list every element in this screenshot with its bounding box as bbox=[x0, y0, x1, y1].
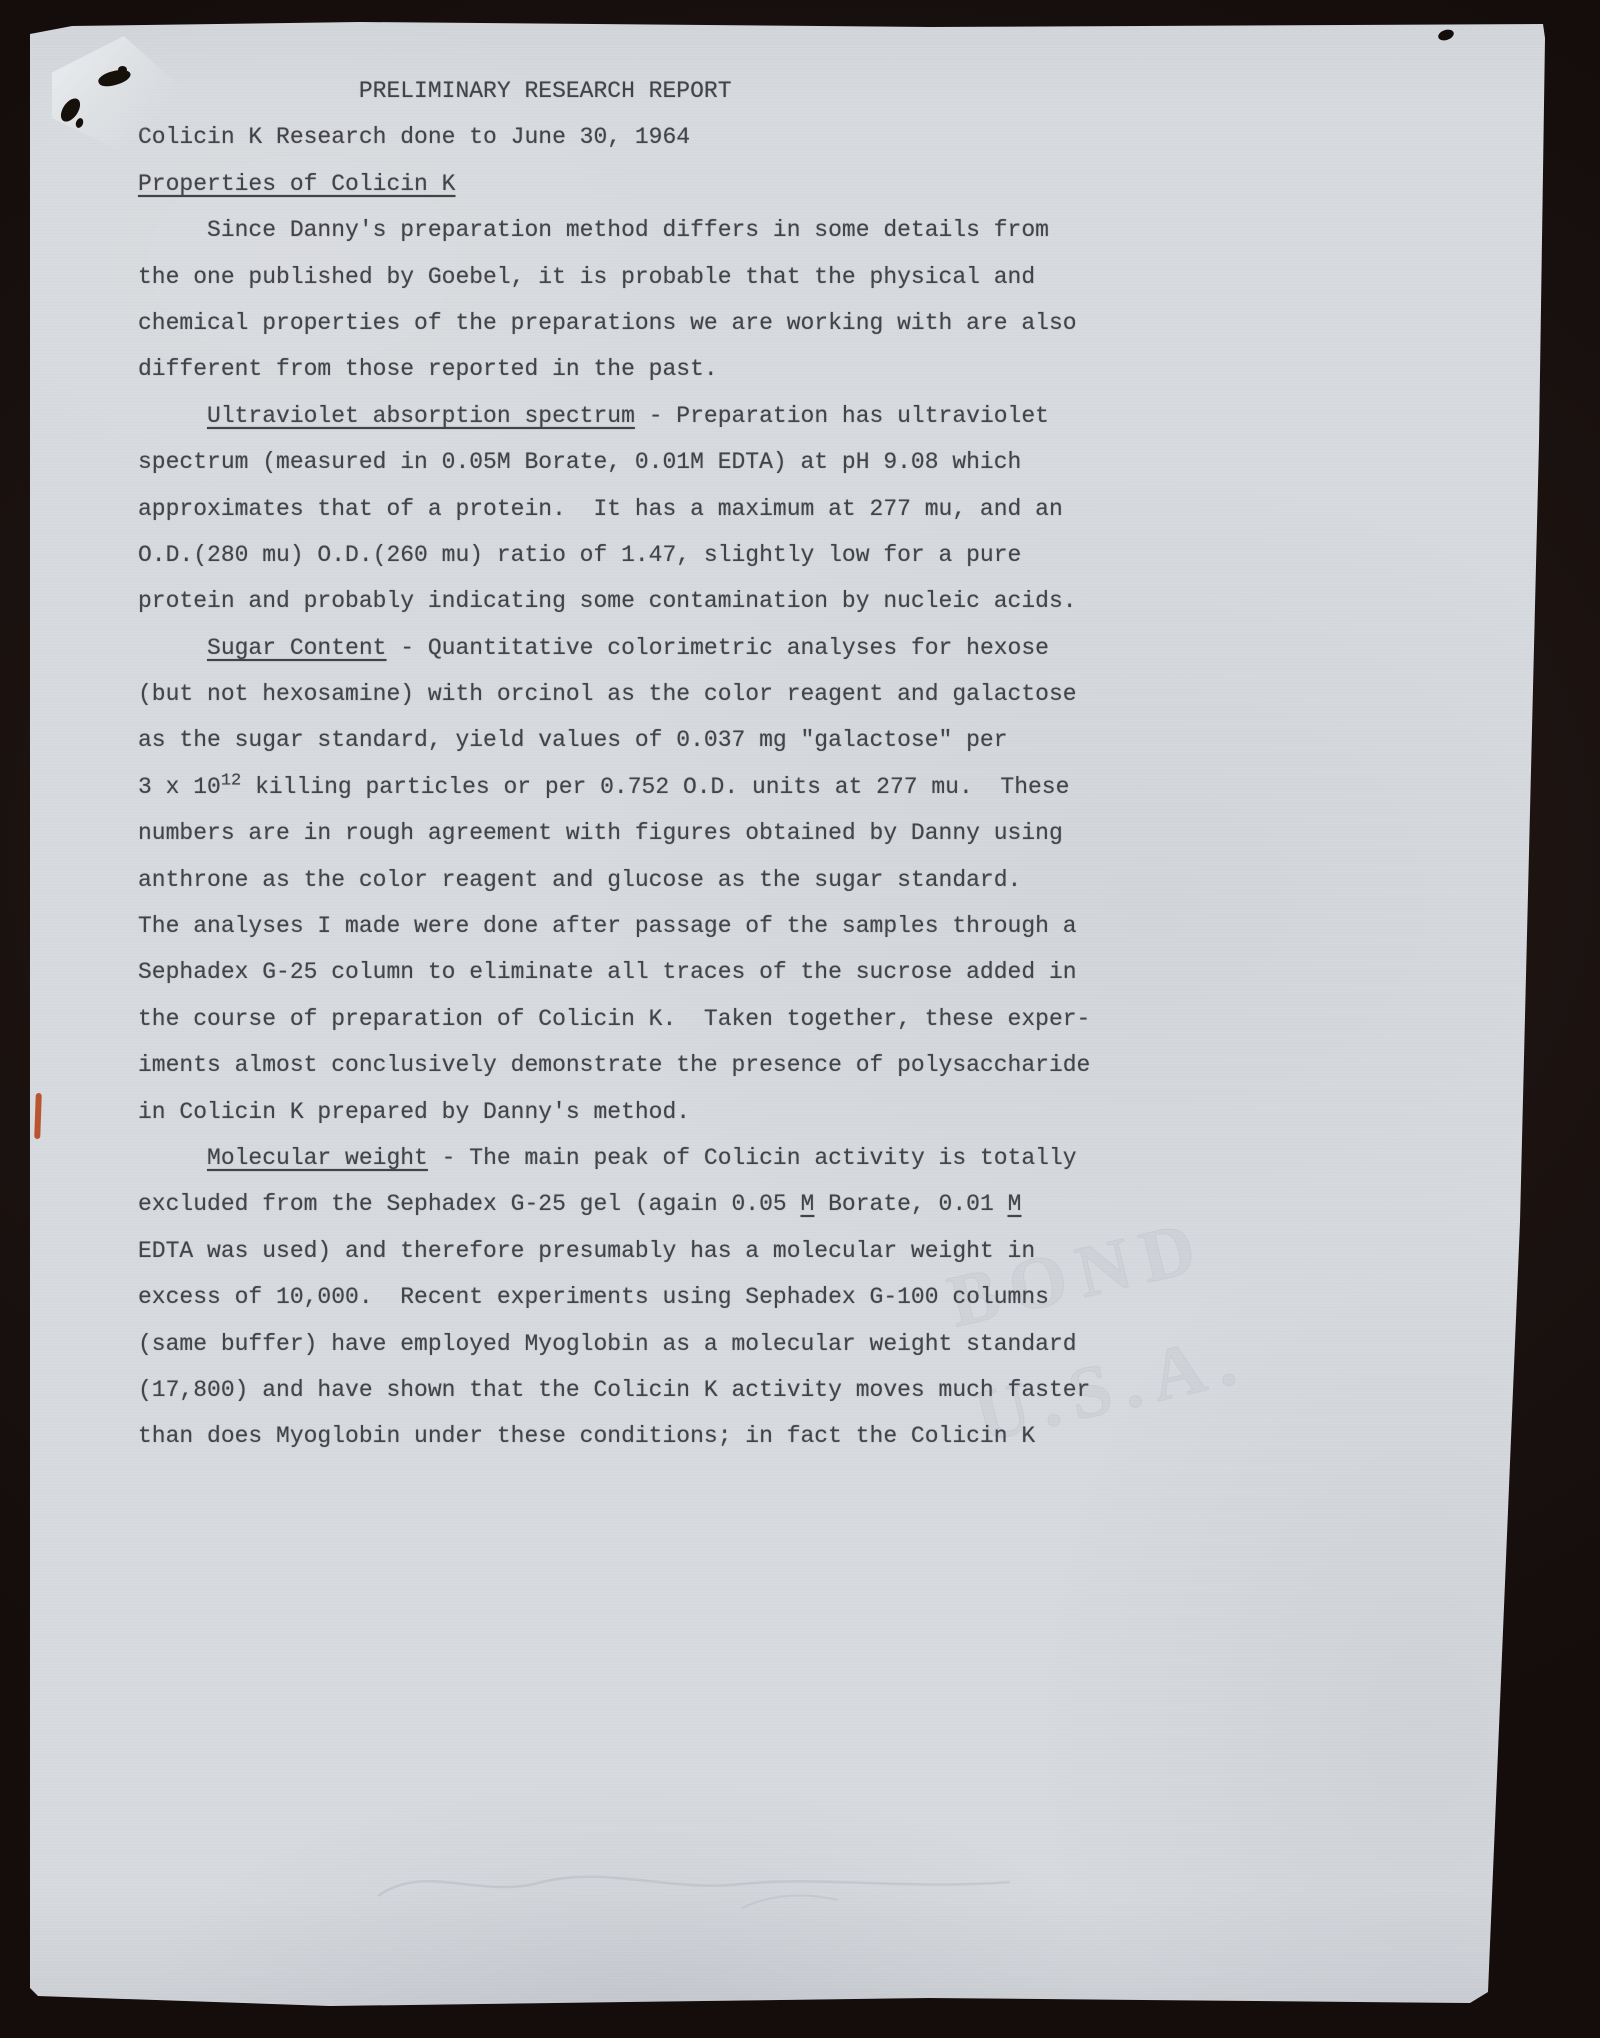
text-run: excluded from the Sephadex G-25 gel (aga… bbox=[138, 1191, 801, 1217]
text-line: anthrone as the color reagent and glucos… bbox=[138, 857, 1138, 903]
text-run: the one published by Goebel, it is proba… bbox=[138, 264, 1035, 290]
text-line: excess of 10,000. Recent experiments usi… bbox=[138, 1274, 1138, 1320]
text-line: (same buffer) have employed Myoglobin as… bbox=[138, 1321, 1138, 1367]
text-line: excluded from the Sephadex G-25 gel (aga… bbox=[138, 1181, 1138, 1227]
heading-ultraviolet: Ultraviolet absorption spectrum - Prepar… bbox=[138, 393, 1138, 439]
text-line: the one published by Goebel, it is proba… bbox=[138, 254, 1138, 300]
text-line: spectrum (measured in 0.05M Borate, 0.01… bbox=[138, 439, 1138, 485]
text-run: spectrum (measured in 0.05M Borate, 0.01… bbox=[138, 449, 1021, 475]
text-run: different from those reported in the pas… bbox=[138, 356, 718, 382]
report-title: PRELIMINARY RESEARCH REPORT bbox=[138, 68, 1138, 114]
text-run: Sephadex G-25 column to eliminate all tr… bbox=[138, 959, 1077, 985]
heading-molecular-weight: Molecular weight - The main peak of Coli… bbox=[138, 1135, 1138, 1181]
torn-corner-hole bbox=[118, 66, 127, 73]
red-margin-mark bbox=[34, 1093, 42, 1139]
text-run: anthrone as the color reagent and glucos… bbox=[138, 867, 1021, 893]
text-line: the course of preparation of Colicin K. … bbox=[138, 996, 1138, 1042]
text-run: as the sugar standard, yield values of 0… bbox=[138, 727, 1008, 753]
text-line: EDTA was used) and therefore presumably … bbox=[138, 1228, 1138, 1274]
text-line: protein and probably indicating some con… bbox=[138, 578, 1138, 624]
text-line: Since Danny's preparation method differs… bbox=[138, 207, 1138, 253]
text-run bbox=[138, 635, 207, 661]
underlined-text: M bbox=[801, 1191, 815, 1217]
text-run: the course of preparation of Colicin K. … bbox=[138, 1006, 1090, 1032]
text-line: as the sugar standard, yield values of 0… bbox=[138, 717, 1138, 763]
superscript-text: 12 bbox=[221, 771, 241, 790]
text-run: protein and probably indicating some con… bbox=[138, 588, 1077, 614]
text-run: chemical properties of the preparations … bbox=[138, 310, 1077, 336]
text-run: - Quantitative colorimetric analyses for… bbox=[386, 635, 1049, 661]
document-text: PRELIMINARY RESEARCH REPORTColicin K Res… bbox=[138, 68, 1138, 1460]
text-run: iments almost conclusively demonstrate t… bbox=[138, 1052, 1090, 1078]
underlined-text: Properties of Colicin K bbox=[138, 171, 455, 197]
text-run: Colicin K Research done to June 30, 1964 bbox=[138, 124, 690, 150]
text-run: (same buffer) have employed Myoglobin as… bbox=[138, 1331, 1077, 1357]
text-run: - Preparation has ultraviolet bbox=[635, 403, 1049, 429]
report-subtitle: Colicin K Research done to June 30, 1964 bbox=[138, 114, 1138, 160]
text-run bbox=[138, 1145, 207, 1171]
text-line: chemical properties of the preparations … bbox=[138, 300, 1138, 346]
text-run: than does Myoglobin under these conditio… bbox=[138, 1423, 1035, 1449]
text-run: approximates that of a protein. It has a… bbox=[138, 496, 1063, 522]
text-line: (but not hexosamine) with orcinol as the… bbox=[138, 671, 1138, 717]
text-run: numbers are in rough agreement with figu… bbox=[138, 820, 1063, 846]
text-run: The analyses I made were done after pass… bbox=[138, 913, 1077, 939]
text-line: O.D.(280 mu) O.D.(260 mu) ratio of 1.47,… bbox=[138, 532, 1138, 578]
showthrough-marks bbox=[370, 1848, 1090, 1918]
text-run: in Colicin K prepared by Danny's method. bbox=[138, 1099, 690, 1125]
text-run: Since Danny's preparation method differs… bbox=[138, 217, 1049, 243]
text-line: than does Myoglobin under these conditio… bbox=[138, 1413, 1138, 1459]
ink-blot bbox=[1437, 28, 1455, 42]
text-line: Sephadex G-25 column to eliminate all tr… bbox=[138, 949, 1138, 995]
document-page: BOND U.S.A. PRELIMINARY RESEARCH REPORTC… bbox=[30, 22, 1545, 2010]
underlined-text: Ultraviolet absorption spectrum bbox=[207, 403, 635, 429]
text-line: 3 x 1012 killing particles or per 0.752 … bbox=[138, 764, 1138, 810]
text-run: - The main peak of Colicin activity is t… bbox=[428, 1145, 1077, 1171]
underlined-text: Sugar Content bbox=[207, 635, 386, 661]
text-run: killing particles or per 0.752 O.D. unit… bbox=[241, 774, 1069, 800]
text-run: (but not hexosamine) with orcinol as the… bbox=[138, 681, 1077, 707]
text-run bbox=[138, 403, 207, 429]
page-background: { "page": { "background_color": "#1d1412… bbox=[0, 0, 1600, 2038]
heading-sugar-content: Sugar Content - Quantitative colorimetri… bbox=[138, 625, 1138, 671]
text-line: The analyses I made were done after pass… bbox=[138, 903, 1138, 949]
text-run: Borate, 0.01 bbox=[814, 1191, 1007, 1217]
text-run: O.D.(280 mu) O.D.(260 mu) ratio of 1.47,… bbox=[138, 542, 1021, 568]
section-heading-properties: Properties of Colicin K bbox=[138, 161, 1138, 207]
text-line: different from those reported in the pas… bbox=[138, 346, 1138, 392]
underlined-text: M bbox=[1008, 1191, 1022, 1217]
text-run: (17,800) and have shown that the Colicin… bbox=[138, 1377, 1090, 1403]
text-run: EDTA was used) and therefore presumably … bbox=[138, 1238, 1035, 1264]
text-line: in Colicin K prepared by Danny's method. bbox=[138, 1089, 1138, 1135]
text-run: PRELIMINARY RESEARCH REPORT bbox=[138, 78, 732, 104]
text-line: numbers are in rough agreement with figu… bbox=[138, 810, 1138, 856]
underlined-text: Molecular weight bbox=[207, 1145, 428, 1171]
text-line: (17,800) and have shown that the Colicin… bbox=[138, 1367, 1138, 1413]
text-run: 3 x 10 bbox=[138, 774, 221, 800]
text-run: excess of 10,000. Recent experiments usi… bbox=[138, 1284, 1049, 1310]
text-line: iments almost conclusively demonstrate t… bbox=[138, 1042, 1138, 1088]
text-line: approximates that of a protein. It has a… bbox=[138, 486, 1138, 532]
